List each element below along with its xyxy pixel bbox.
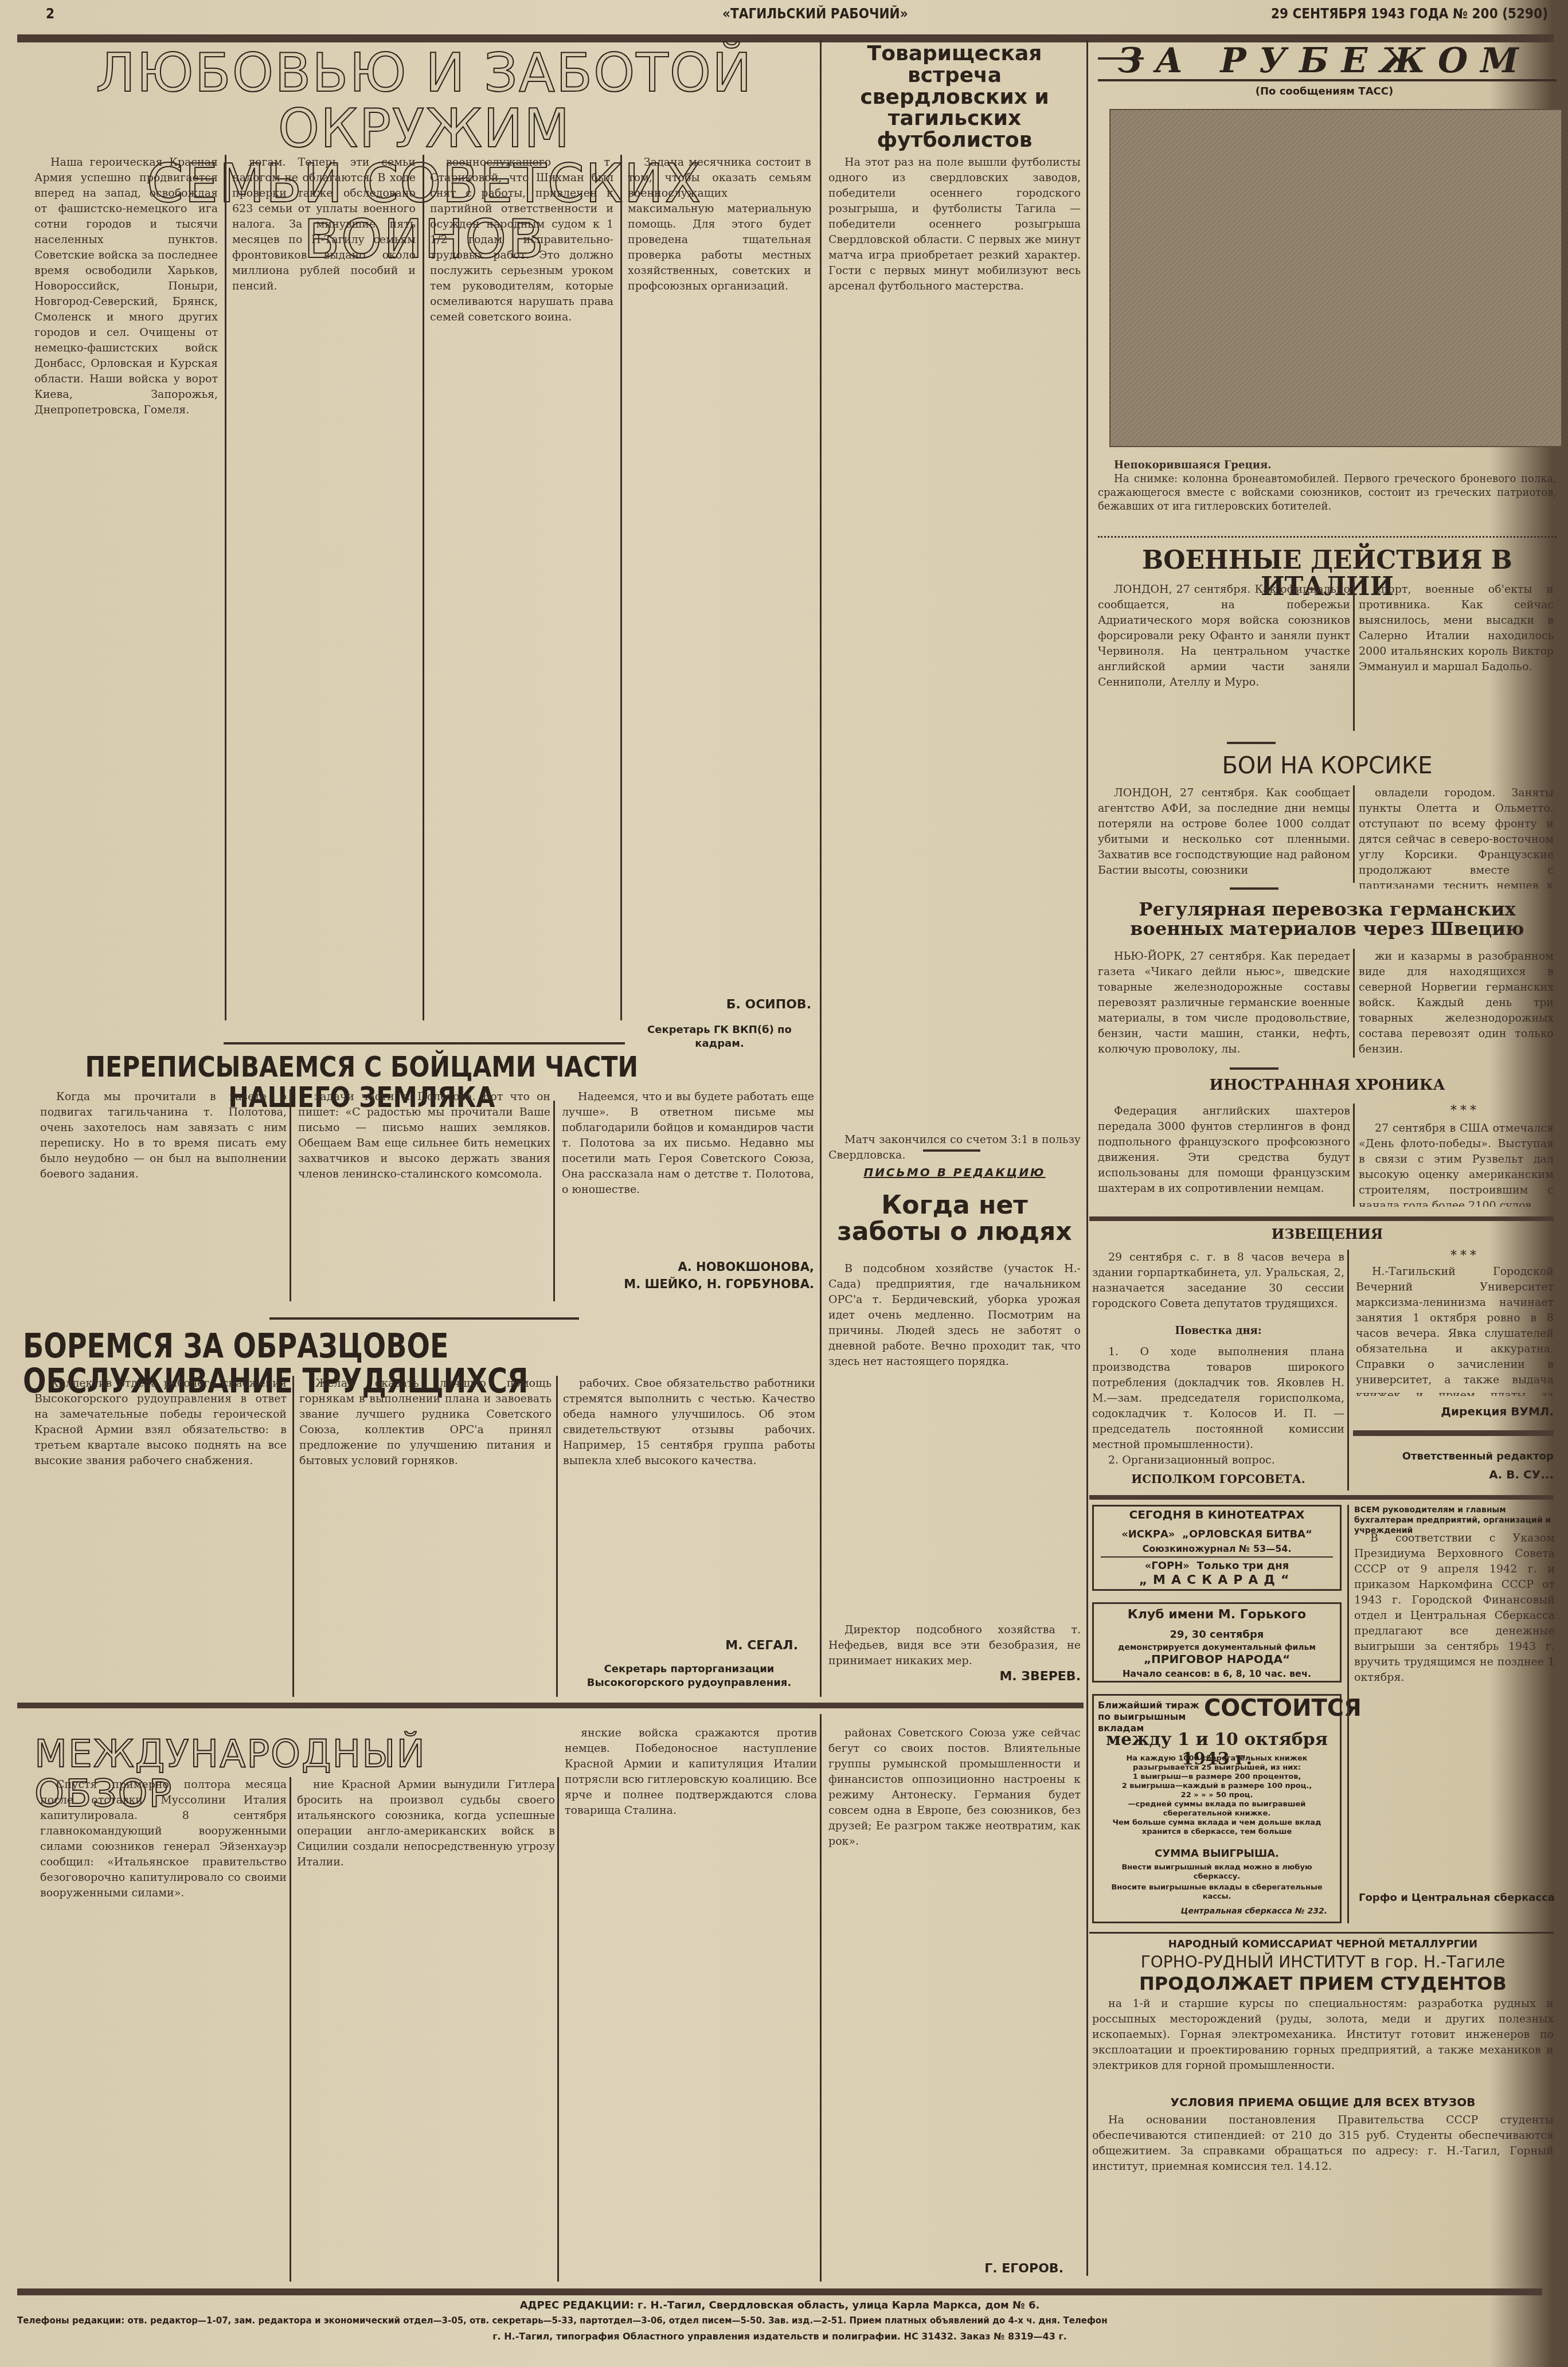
loan-signature: Горфо и Центральная сберкасса	[1354, 1892, 1555, 1904]
notices-header: ИЗВЕЩЕНИЯ	[1098, 1227, 1557, 1241]
football-body: На этот раз на поле вышли футболисты одн…	[828, 155, 1081, 1129]
service-signature: М. СЕГАЛ.	[563, 1638, 798, 1653]
footer-phones: Телефоны редакции: отв. редактор—1-07, з…	[17, 2314, 1542, 2327]
chronicle-headline: ИНОСТРАННАЯ ХРОНИКА	[1098, 1078, 1557, 1093]
footer-address: АДРЕС РЕДАКЦИИ: г. Н.-Тагил, Свердловска…	[17, 2299, 1542, 2313]
page-number: 2	[46, 6, 54, 22]
review-col4: районах Советского Союза уже сейчас бегу…	[828, 1726, 1081, 2253]
film-note: Только три дня	[1197, 1560, 1289, 1572]
letter-label: ПИСЬМО В РЕДАКЦИЮ	[828, 1167, 1081, 1179]
lottery-emphasis: СУММА ВЫИГРЫША.	[1092, 1847, 1342, 1861]
section-rule	[1089, 1495, 1554, 1500]
lottery-signature: Центральная сберкасса № 232.	[1098, 1904, 1327, 1918]
section-rule	[1353, 1430, 1554, 1436]
institute-conditions: На основании постановления Правительства…	[1092, 2112, 1554, 2279]
sweden-body-2: жи и казармы в разобранном виде для нахо…	[1359, 949, 1554, 1058]
column-divider	[423, 155, 424, 1020]
editor-label: Ответственный редактор	[1356, 1450, 1554, 1462]
review-col2: ние Красной Армии вынудили Гитлера броси…	[297, 1777, 555, 2282]
institute-headline: ПРОДОЛЖАЕТ ПРИЕМ СТУДЕНТОВ	[1092, 1973, 1554, 1994]
column-divider	[225, 155, 226, 1020]
column-divider	[1347, 1505, 1349, 1923]
institute-conditions-title: УСЛОВИЯ ПРИЕМА ОБЩИЕ ДЛЯ ВСЕХ ВТУЗОВ	[1092, 2095, 1554, 2109]
section-rule	[1089, 1216, 1554, 1221]
film-masquerade: „МАСКАРАД“	[1092, 1574, 1342, 1587]
column-divider	[1353, 582, 1355, 731]
lottery-after-2: Вносите выигрышные вклады в сберегательн…	[1098, 1883, 1336, 1902]
institute-name: ГОРНО-РУДНЫЙ ИНСТИТУТ в гор. Н.-Тагиле	[1092, 1953, 1554, 1971]
letter-signature: М. ЗВЕРЕВ.	[828, 1669, 1081, 1684]
column-divider	[620, 155, 622, 1020]
service-signature-title: Секретарь парторганизации Высокогорского…	[563, 1662, 815, 1690]
newspaper-page: 2 «ТАГИЛЬСКИЙ РАБОЧИЙ» 29 СЕНТЯБРЯ 1943 …	[0, 0, 1568, 2367]
venue-iskra: «ИСКРА»	[1121, 1528, 1175, 1540]
separator	[1089, 1932, 1554, 1934]
separator	[1098, 536, 1557, 539]
corsica-body-2: овладели городом. Заняты пункты Олетта и…	[1359, 785, 1554, 889]
review-col1: Спустя примерно полтора месяца после отс…	[40, 1777, 287, 2282]
column-divider	[1347, 1250, 1349, 1490]
letters-signature-2: М. ШЕЙКО, Н. ГОРБУНОВА.	[562, 1277, 814, 1291]
separator	[269, 1317, 579, 1320]
photo-caption: Непокорившаяся Греция. На снимке: колонн…	[1098, 459, 1557, 516]
lottery-big: СОСТОИТСЯ	[1204, 1696, 1339, 1721]
letters-col2: задачи части т. Полотова. Вот что он пиш…	[298, 1089, 550, 1319]
greece-photo	[1109, 109, 1562, 447]
letters-col3: Надеемся, что и вы будете работать еще л…	[562, 1089, 814, 1255]
sweden-body: НЬЮ-ЙОРК, 27 сентября. Как передает газе…	[1098, 949, 1350, 1058]
lottery-after-1: Внести выигрышный вклад можно в любую сб…	[1098, 1863, 1336, 1881]
separator	[1230, 887, 1278, 890]
cinema-film1-extra: Союзкиножурнал № 53—54.	[1092, 1542, 1342, 1556]
letters-col1: Когда мы прочитали в газете о подвигах т…	[40, 1089, 287, 1319]
letter-body: В подсобном хозяйстве (участок Н.-Сада) …	[828, 1261, 1081, 1582]
notices-right-body: Н.-Тагильский Городской Вечерний Универс…	[1356, 1264, 1554, 1396]
lottery-intro: Ближайший тираж по выигрышным вкладам	[1098, 1700, 1201, 1734]
notices-right-signature: Дирекция ВУМЛ.	[1356, 1404, 1554, 1418]
club-times: Начало сеансов: в 6, 8, 10 час. веч.	[1092, 1667, 1342, 1681]
service-col2: Желая оказать лучшую помощь горнякам в в…	[299, 1376, 552, 1697]
column-divider	[1353, 785, 1355, 883]
families-signature-title: Секретарь ГК ВКП(б) по кадрам.	[628, 1023, 811, 1051]
italy-body: ЛОНДОН, 27 сентября. Как официально сооб…	[1098, 582, 1350, 737]
institute-ministry: НАРОДНЫЙ КОМИССАРИАТ ЧЕРНОЙ МЕТАЛЛУРГИИ	[1092, 1938, 1554, 1951]
notices-intro: 29 сентября с. г. в 8 часов вечера в зда…	[1092, 1250, 1344, 1324]
agenda-title: Повестка дня:	[1092, 1324, 1344, 1338]
column-divider	[1353, 1104, 1355, 1207]
footer-rule	[17, 2288, 1542, 2295]
column-divider	[557, 1777, 559, 2282]
letter-headline: Когда нет заботы о людях	[828, 1192, 1081, 1245]
families-col1: Наша героическая Красная Армия успешно п…	[34, 155, 218, 1015]
header-rule	[1098, 79, 1557, 81]
separator-stars: ***	[1450, 1249, 1480, 1263]
separator	[1101, 1556, 1333, 1558]
italy-body-2: спорт, военные об'екты и противника. Как…	[1359, 582, 1554, 737]
separator-stars: ***	[1450, 1104, 1480, 1118]
separator	[923, 1149, 980, 1152]
separator	[224, 1042, 625, 1044]
paper-title: «ТАГИЛЬСКИЙ РАБОЧИЙ»	[722, 6, 908, 22]
column-divider	[820, 40, 822, 1697]
separator	[1227, 742, 1276, 744]
families-col2: логам. Теперь эти семьи налогом не облаг…	[232, 155, 416, 1015]
section-rule	[17, 1703, 1084, 1708]
service-col1: Коллектив отдела рабочего снабжения Высо…	[34, 1376, 287, 1697]
loan-body: В соответствии с Указом Президиума Верхо…	[1354, 1531, 1555, 1886]
column-divider	[290, 1777, 291, 2282]
review-signature: Г. ЕГОРОВ.	[828, 2262, 1063, 2276]
review-col3: янские войска сражаются против немцев. П…	[565, 1726, 817, 2282]
column-divider	[1086, 40, 1088, 2276]
agenda-items: 1. О ходе выполнения плана производства …	[1092, 1344, 1344, 1470]
column-divider	[1353, 949, 1355, 1058]
column-divider	[292, 1376, 294, 1697]
families-signature: Б. ОСИПОВ.	[628, 997, 811, 1012]
abroad-header: ЗА РУБЕЖОМ	[1095, 43, 1554, 79]
institute-body: на 1-й и старшие курсы по специальностям…	[1092, 1996, 1554, 2094]
corsica-body: ЛОНДОН, 27 сентября. Как сообщает агентс…	[1098, 785, 1350, 889]
corsica-headline: БОИ НА КОРСИКЕ	[1098, 754, 1557, 778]
editor-name: А. В. СУ...	[1356, 1468, 1554, 1481]
cinema-venue-2: «ГОРН» Только три дня	[1092, 1559, 1342, 1573]
column-divider	[556, 1376, 558, 1697]
film-orel-battle: „ОРЛОВСКАЯ БИТВА“	[1182, 1528, 1312, 1540]
letters-signature-1: А. НОВОКШОНОВА,	[562, 1260, 814, 1274]
column-divider	[820, 1714, 822, 2282]
service-col3: рабочих. Свое обязательство работники ст…	[563, 1376, 815, 1617]
letter-ending: Директор подсобного хозяйства т. Нефедье…	[828, 1622, 1081, 1668]
football-headline: Товарищеская встреча свердловских и таги…	[828, 43, 1081, 151]
notices-left-signature: ИСПОЛКОМ ГОРСОВЕТА.	[1092, 1472, 1344, 1486]
lottery-lines: На каждую 1000 сберегательных книжек раз…	[1098, 1754, 1336, 1837]
footer-printer: г. Н.-Тагил, типография Областного управ…	[17, 2330, 1542, 2343]
chronicle-body: Федерация английских шахтеров передала 3…	[1098, 1104, 1350, 1207]
sweden-headline: Регулярная перевозка германских военных …	[1098, 900, 1557, 938]
cinema-header: СЕГОДНЯ В КИНОТЕАТРАХ	[1092, 1508, 1342, 1521]
abroad-subheader: (По сообщениям ТАСС)	[1095, 85, 1554, 99]
club-film: „ПРИГОВОР НАРОДА“	[1092, 1652, 1342, 1666]
families-col4: Задача месячника состоит в том, чтобы ок…	[628, 155, 811, 946]
column-divider	[553, 1101, 555, 1301]
issue-date: 29 СЕНТЯБРЯ 1943 ГОДА № 200 (5290)	[1271, 6, 1548, 22]
venue-gorn: «ГОРН»	[1145, 1560, 1190, 1572]
families-col3: военнослужащего т. Стариковой, что Шихма…	[430, 155, 613, 1015]
cinema-venue-1: «ИСКРА» „ОРЛОВСКАЯ БИТВА“	[1092, 1528, 1342, 1542]
club-dates: 29, 30 сентября	[1092, 1628, 1342, 1642]
separator	[1230, 1067, 1278, 1070]
club-header: Клуб имени М. Горького	[1092, 1608, 1342, 1622]
column-divider	[290, 1089, 291, 1301]
chronicle-body-2: 27 сентября в США отмечался «День флото-…	[1359, 1121, 1554, 1207]
